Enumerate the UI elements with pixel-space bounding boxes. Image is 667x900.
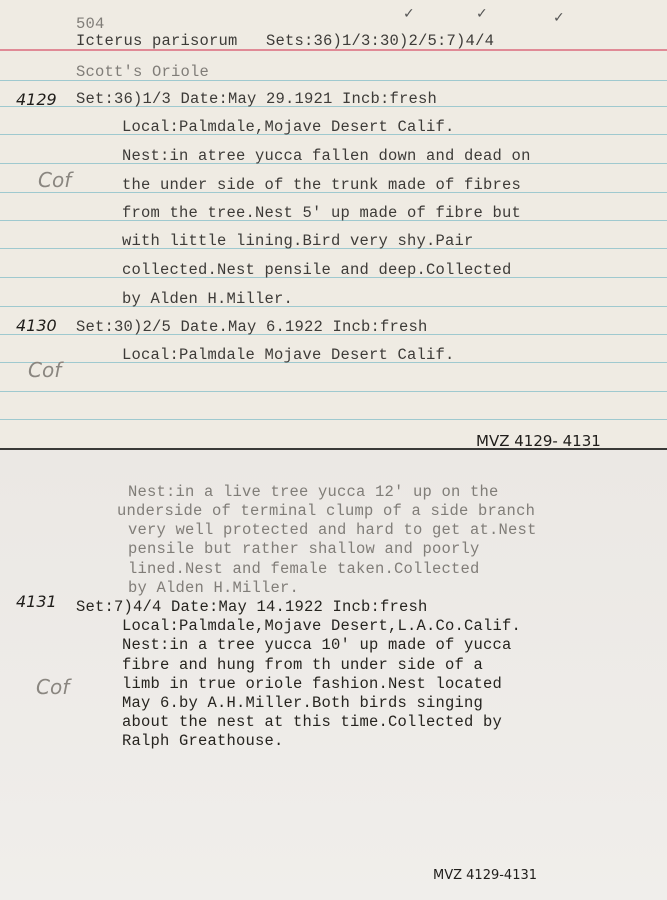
entry-line: Nest:in atree yucca fallen down and dead… <box>122 147 531 165</box>
entry-line: Ralph Greathouse. <box>122 732 284 750</box>
page-number: 504 <box>76 15 105 33</box>
entry-line: Set:7)4/4 Date:May 14.1922 Incb:fresh <box>76 598 428 616</box>
entry-line: Local:Palmdale,Mojave Desert,L.A.Co.Cali… <box>122 617 521 635</box>
continuation-line: very well protected and hard to get at.N… <box>128 521 537 539</box>
entry-line: about the nest at this time.Collected by <box>122 713 502 731</box>
checkmark-icon: ✓ <box>476 6 488 22</box>
entry-line: May 6.by A.H.Miller.Both birds singing <box>122 694 483 712</box>
continuation-line: by Alden H.Miller. <box>128 579 299 597</box>
ruled-line <box>0 391 667 392</box>
catalog-number: 4131 <box>16 592 57 611</box>
continuation-line: Nest:in a live tree yucca 12' up on the <box>128 483 499 501</box>
catalog-number: 4130 <box>16 316 57 335</box>
ruled-line <box>0 306 667 307</box>
catalog-number: 4129 <box>16 90 57 109</box>
continuation-line: pensile but rather shallow and poorly <box>128 540 480 558</box>
checkmark-icon: ✓ <box>553 10 565 26</box>
entry-line: Nest:in a tree yucca 10' up made of yucc… <box>122 636 512 654</box>
entry-line: limb in true oriole fashion.Nest located <box>122 675 502 693</box>
top-card: 504 ✓ ✓ ✓ Icterus parisorum Sets:36)1/3:… <box>0 0 667 450</box>
species-line: Icterus parisorum Sets:36)1/3:30)2/5:7)4… <box>76 32 494 50</box>
entry-line: Local:Palmdale,Mojave Desert Calif. <box>122 118 455 136</box>
ruled-line <box>0 419 667 420</box>
entry-line: Set:30)2/5 Date.May 6.1922 Incb:fresh <box>76 318 428 336</box>
museum-reference: MVZ 4129-4131 <box>433 868 537 883</box>
entry-line: collected.Nest pensile and deep.Collecte… <box>122 261 512 279</box>
entry-line: with little lining.Bird very shy.Pair <box>122 232 474 250</box>
bottom-card: Nest:in a live tree yucca 12' up on the … <box>0 450 667 900</box>
annotation-cof: Cof <box>28 358 61 382</box>
checkmark-icon: ✓ <box>403 6 415 22</box>
continuation-line: lined.Nest and female taken.Collected <box>128 560 480 578</box>
entry-line: from the tree.Nest 5' up made of fibre b… <box>122 204 521 222</box>
entry-line: Local:Palmdale Mojave Desert Calif. <box>122 346 455 364</box>
annotation-cof: Cof <box>36 675 69 699</box>
entry-line: the under side of the trunk made of fibr… <box>122 176 521 194</box>
entry-line: by Alden H.Miller. <box>122 290 293 308</box>
entry-line: Set:36)1/3 Date:May 29.1921 Incb:fresh <box>76 90 437 108</box>
continuation-line: underside of terminal clump of a side br… <box>117 502 535 520</box>
entry-line: fibre and hung from th under side of a <box>122 656 483 674</box>
annotation-cof: Cof <box>38 168 71 192</box>
common-name: Scott's Oriole <box>76 63 209 81</box>
museum-reference: MVZ 4129- 4131 <box>476 432 601 450</box>
